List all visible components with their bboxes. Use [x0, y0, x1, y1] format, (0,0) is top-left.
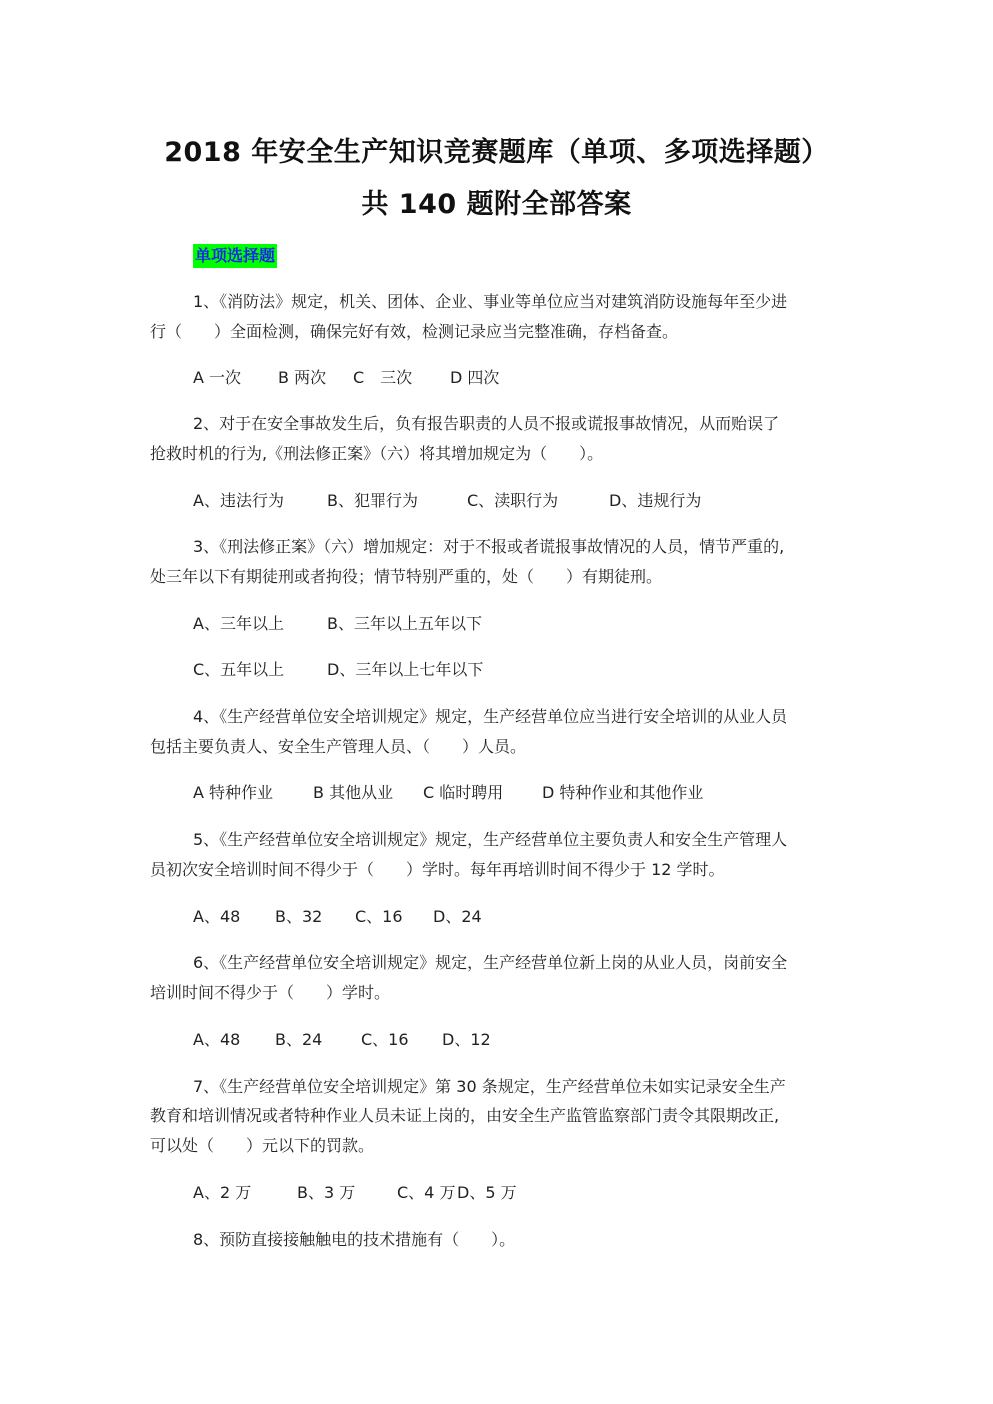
- option-b: B、32: [275, 907, 322, 927]
- option-c: C、16: [355, 907, 403, 927]
- option-b: B、3 万: [297, 1183, 355, 1203]
- section-label-single-choice: 单项选择题: [193, 244, 277, 268]
- question-text: 4、《生产经营单位安全培训规定》规定，生产经营单位应当进行安全培训的从业人员: [193, 707, 787, 727]
- option-d: D 特种作业和其他作业: [542, 783, 703, 803]
- question-text: 1、《消防法》规定，机关、团体、企业、事业等单位应当对建筑消防设施每年至少进: [193, 292, 787, 312]
- question-text: 3、《刑法修正案》（六）增加规定：对于不报或者谎报事故情况的人员，情节严重的,: [193, 537, 784, 557]
- option-d: D、5 万: [457, 1183, 517, 1203]
- question-text: 处三年以下有期徒刑或者拘役；情节特别严重的，处（ ）有期徒刑。: [150, 567, 662, 587]
- option-d: D、12: [442, 1030, 491, 1050]
- question-text: 培训时间不得少于（ ）学时。: [150, 983, 390, 1003]
- question-text: 8、预防直接接触触电的技术措施有（ ）。: [193, 1230, 515, 1250]
- document-subtitle: 共 140 题附全部答案: [0, 182, 993, 221]
- option-c: C、渎职行为: [467, 491, 558, 511]
- option-b: B、24: [275, 1030, 322, 1050]
- document-page: 2018 年安全生产知识竞赛题库（单项、多项选择题） 共 140 题附全部答案 …: [0, 0, 993, 1404]
- option-d: D 四次: [450, 368, 499, 388]
- option-d: D、24: [433, 907, 482, 927]
- option-d: D、违规行为: [609, 491, 701, 511]
- option-a: A、48: [193, 907, 240, 927]
- option-a: A、三年以上: [193, 614, 284, 634]
- option-c: C、16: [361, 1030, 409, 1050]
- option-a: A 特种作业: [193, 783, 273, 803]
- option-b: B、犯罪行为: [327, 491, 418, 511]
- option-a: A、48: [193, 1030, 240, 1050]
- question-text: 可以处（ ）元以下的罚款。: [150, 1136, 374, 1156]
- question-text: 2、对于在安全事故发生后，负有报告职责的人员不报或谎报事故情况，从而贻误了: [193, 414, 779, 434]
- option-a: A、违法行为: [193, 491, 284, 511]
- question-text: 教育和培训情况或者特种作业人员未证上岗的，由安全生产监管监察部门责令其限期改正,: [150, 1106, 779, 1126]
- option-c: C、4 万: [397, 1183, 455, 1203]
- option-d: D、三年以上七年以下: [327, 660, 483, 680]
- option-c: C 三次: [353, 368, 412, 388]
- question-text: 员初次安全培训时间不得少于（ ）学时。每年再培训时间不得少于 12 学时。: [150, 860, 725, 880]
- question-text: 5、《生产经营单位安全培训规定》规定，生产经营单位主要负责人和安全生产管理人: [193, 830, 787, 850]
- option-c: C、五年以上: [193, 660, 284, 680]
- question-text: 7、《生产经营单位安全培训规定》第 30 条规定，生产经营单位未如实记录安全生产: [193, 1077, 786, 1097]
- option-b: B、三年以上五年以下: [327, 614, 482, 634]
- option-c: C 临时聘用: [423, 783, 503, 803]
- option-a: A、2 万: [193, 1183, 251, 1203]
- question-text: 抢救时机的行为,《刑法修正案》（六）将其增加规定为（ ）。: [150, 444, 603, 464]
- option-a: A 一次: [193, 368, 241, 388]
- option-b: B 两次: [278, 368, 326, 388]
- document-title: 2018 年安全生产知识竞赛题库（单项、多项选择题）: [0, 130, 993, 169]
- option-b: B 其他从业: [313, 783, 393, 803]
- question-text: 6、《生产经营单位安全培训规定》规定，生产经营单位新上岗的从业人员，岗前安全: [193, 953, 787, 973]
- question-text: 行（ ）全面检测，确保完好有效，检测记录应当完整准确，存档备查。: [150, 322, 678, 342]
- question-text: 包括主要负责人、安全生产管理人员、（ ）人员。: [150, 737, 526, 757]
